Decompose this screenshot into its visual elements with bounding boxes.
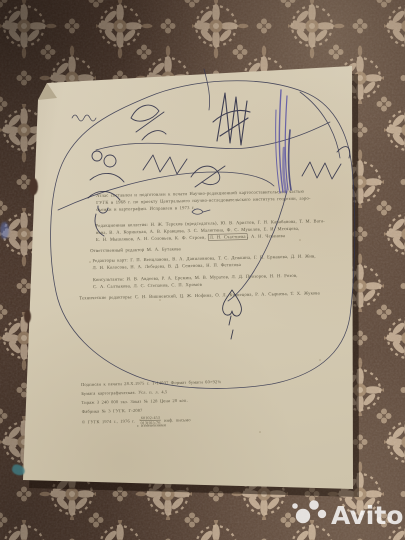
watermark-label: Avito <box>331 501 403 530</box>
photo-of-atlas-back-page: Атлас составлен и подготовлен к печати Н… <box>0 0 405 540</box>
avito-watermark: Avito <box>0 0 405 540</box>
avito-logo-icon <box>292 500 326 523</box>
